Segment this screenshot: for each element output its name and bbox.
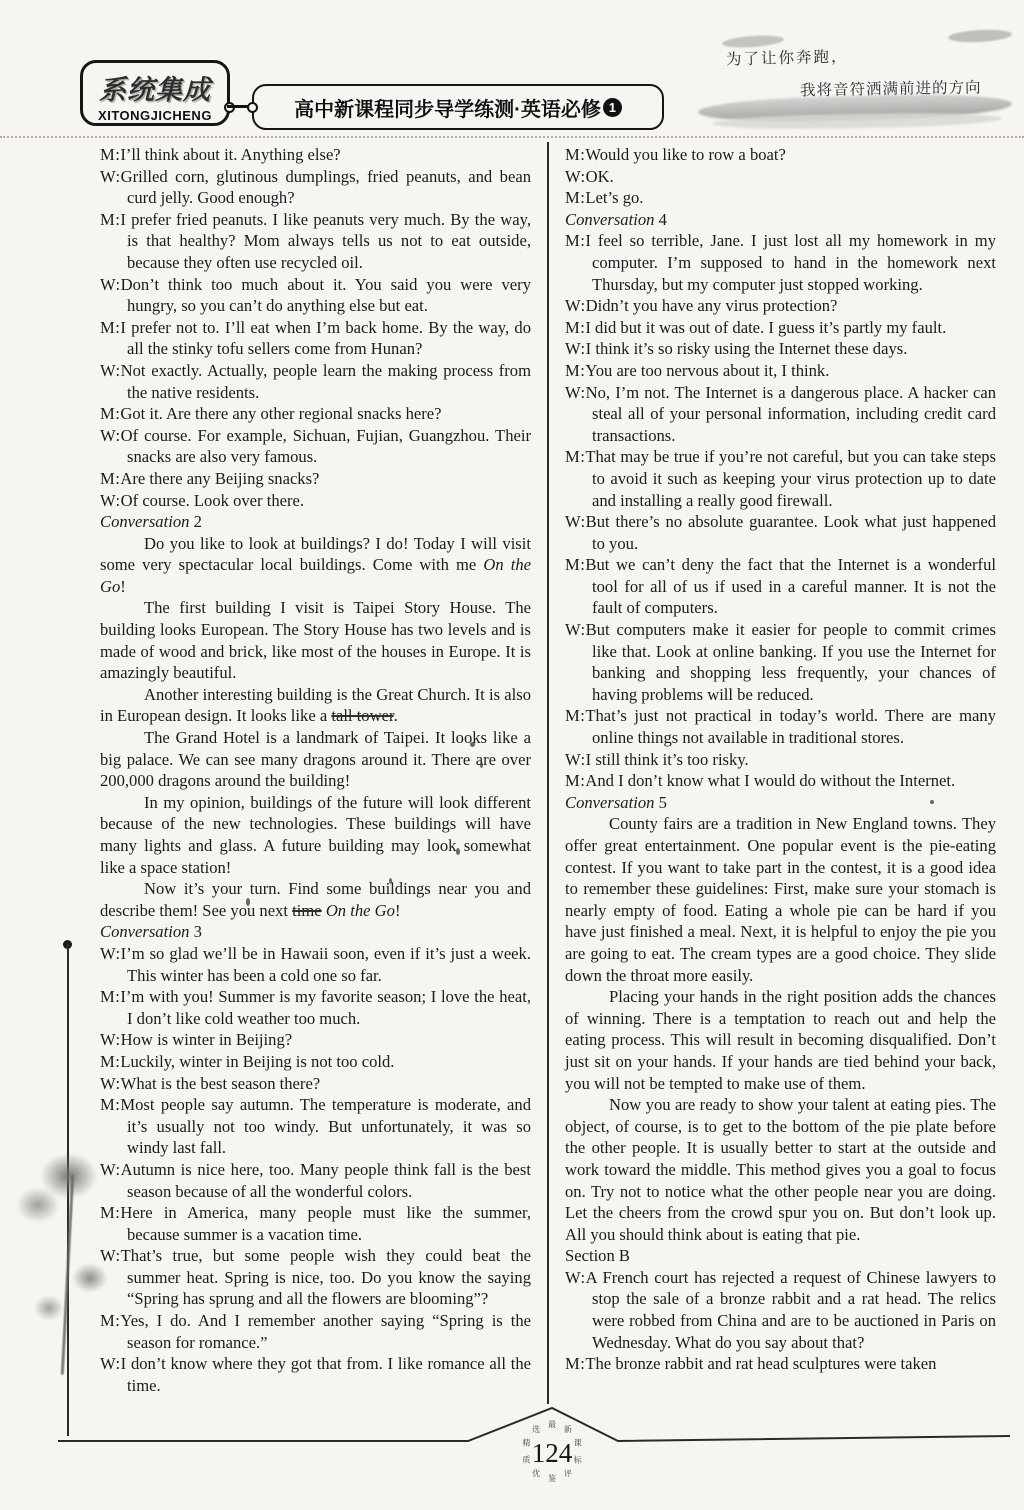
speaker-label: W: [565, 750, 586, 769]
dialogue-text: But we can’t deny the fact that the Inte… [585, 555, 996, 617]
dialogue-text: Got it. Are there any other regional sna… [120, 404, 441, 423]
dialogue-text: Of course. For example, Sichuan, Fujian,… [121, 426, 531, 467]
conversation-heading: Conversation 4 [565, 209, 996, 231]
conversation-number: 3 [189, 922, 201, 941]
speaker-label: M: [100, 210, 120, 229]
dialogue-line: W:Autumn is nice here, too. Many people … [100, 1159, 531, 1202]
dialogue-text: Don’t think too much about it. You said … [121, 275, 531, 316]
dialogue-line: M:I’ll think about it. Anything else? [100, 144, 531, 166]
text-part: Another interesting building is the Grea… [100, 685, 531, 726]
dialogue-line: M:That’s just not practical in today’s w… [565, 705, 996, 748]
dialogue-line: W:No, I’m not. The Internet is a dangero… [565, 382, 996, 447]
dialogue-line: M:I prefer fried peanuts. I like peanuts… [100, 209, 531, 274]
paragraph: Placing your hands in the right position… [565, 986, 996, 1094]
dialogue-text: I still think it’s too risky. [586, 750, 749, 769]
paragraph: County fairs are a tradition in New Engl… [565, 813, 996, 986]
dialogue-text: That’s just not practical in today’s wor… [585, 706, 996, 747]
dialogue-text: I think it’s so risky using the Internet… [586, 339, 908, 358]
stamp-ring-character: 精 [522, 1440, 530, 1448]
footer-rule [0, 1395, 1024, 1485]
speaker-label: M: [565, 706, 585, 725]
dialogue-text: Most people say autumn. The temperature … [120, 1095, 531, 1157]
transcript-left: M:I’ll think about it. Anything else?W:G… [100, 144, 531, 1396]
conversation-number: 4 [654, 210, 666, 229]
link-connector-icon [224, 102, 258, 111]
dialogue-text: I’m so glad we’ll be in Hawaii soon, eve… [121, 944, 531, 985]
dialogue-text: Grilled corn, glutinous dumplings, fried… [121, 167, 531, 208]
dialogue-line: M:Would you like to row a boat? [565, 144, 996, 166]
speaker-label: M: [100, 145, 120, 164]
dialogue-line: M:I prefer not to. I’ll eat when I’m bac… [100, 317, 531, 360]
dialogue-text: But computers make it easier for people … [586, 620, 996, 704]
paragraph: Another interesting building is the Grea… [100, 684, 531, 727]
dialogue-line: W:A French court has rejected a request … [565, 1267, 996, 1353]
speaker-label: M: [565, 145, 585, 164]
dialogue-line: M:Luckily, winter in Beijing is not too … [100, 1051, 531, 1073]
scanned-book-page: 系统集成 XITONGJICHENG 高中新课程同步导学练测·英语必修 1 为了… [0, 0, 1024, 1510]
speaker-label: W: [100, 491, 121, 510]
dialogue-text: I did but it was out of date. I guess it… [585, 318, 946, 337]
text-part: ! [395, 901, 401, 920]
speaker-label: M: [100, 404, 120, 423]
speaker-label: W: [100, 167, 121, 186]
dialogue-line: W:I don’t know where they got that from.… [100, 1353, 531, 1396]
dialogue-line: W:What is the best season there? [100, 1073, 531, 1095]
stamp-ring-character: 选 [532, 1426, 540, 1434]
text-part: . [394, 706, 398, 725]
dialogue-line: M:I feel so terrible, Jane. I just lost … [565, 230, 996, 295]
dialogue-line: M:Here in America, many people must like… [100, 1202, 531, 1245]
speaker-label: W: [100, 944, 121, 963]
dialogue-text: What is the best season there? [121, 1074, 321, 1093]
conversation-word: Conversation [100, 922, 189, 941]
plant-sprig-icon [34, 1295, 64, 1321]
dialogue-line: W:OK. [565, 166, 996, 188]
speaker-label: M: [565, 555, 585, 574]
paragraph: Do you like to look at buildings? I do! … [100, 533, 531, 598]
dialogue-text: The bronze rabbit and rat head sculpture… [585, 1354, 936, 1373]
dialogue-text: But there’s no absolute guarantee. Look … [586, 512, 996, 553]
dialogue-text: You are too nervous about it, I think. [585, 361, 829, 380]
speaker-label: W: [565, 1268, 586, 1287]
dialogue-line: M:I’m with you! Summer is my favorite se… [100, 986, 531, 1029]
speaker-label: W: [100, 1030, 121, 1049]
dialogue-text: I’ll think about it. Anything else? [120, 145, 340, 164]
dialogue-line: W:Of course. For example, Sichuan, Fujia… [100, 425, 531, 468]
text-part: ! [120, 577, 126, 596]
conversation-heading: Conversation 3 [100, 921, 531, 943]
volume-badge: 1 [603, 98, 622, 117]
stamp-ring-character: 质 [522, 1456, 530, 1464]
dialogue-text: Let’s go. [585, 188, 643, 207]
dialogue-text: I feel so terrible, Jane. I just lost al… [585, 231, 996, 293]
dialogue-line: W:Grilled corn, glutinous dumplings, fri… [100, 166, 531, 209]
connector-dot-icon [247, 102, 258, 113]
speaker-label: W: [100, 1074, 121, 1093]
speaker-label: M: [565, 1354, 585, 1373]
text-part: The first building I visit is Taipei Sto… [100, 598, 531, 682]
dialogue-text: Here in America, many people must like t… [120, 1203, 531, 1244]
speaker-label: M: [565, 188, 585, 207]
speaker-label: M: [565, 318, 585, 337]
text-strike: tall tower [331, 706, 393, 725]
page-number-stamp: 124 最新课标评鉴优质精选 [516, 1416, 588, 1488]
text-strike: time [292, 901, 322, 920]
speaker-label: W: [565, 339, 586, 358]
speaker-label: M: [100, 1095, 120, 1114]
stamp-ring-character: 评 [564, 1470, 572, 1478]
text-part: Now you are ready to show your talent at… [565, 1095, 996, 1244]
dialogue-line: M:But we can’t deny the fact that the In… [565, 554, 996, 619]
dialogue-text: Luckily, winter in Beijing is not too co… [120, 1052, 394, 1071]
dialogue-text: Yes, I do. And I remember another saying… [120, 1311, 531, 1352]
speaker-label: W: [565, 167, 586, 186]
text-part: The Grand Hotel is a landmark of Taipei.… [100, 728, 531, 790]
speaker-label: W: [565, 383, 586, 402]
dialogue-text: I don’t know where they got that from. I… [121, 1354, 531, 1395]
conversation-word: Conversation [100, 512, 189, 531]
section-heading: Section B [565, 1245, 996, 1267]
text-part: Do you like to look at buildings? I do! … [100, 534, 531, 575]
stamp-ring-character: 新 [564, 1426, 572, 1434]
dialogue-line: M:Yes, I do. And I remember another sayi… [100, 1310, 531, 1353]
conversation-number: 5 [654, 793, 666, 812]
dialogue-line: M:Are there any Beijing snacks? [100, 468, 531, 490]
dialogue-text: That’s true, but some people wish they c… [121, 1246, 531, 1308]
dialogue-text: Are there any Beijing snacks? [120, 469, 319, 488]
text-part: In my opinion, buildings of the future w… [100, 793, 531, 877]
speaker-label: M: [100, 469, 120, 488]
dialogue-text: Not exactly. Actually, people learn the … [121, 361, 531, 402]
paragraph: In my opinion, buildings of the future w… [100, 792, 531, 878]
dialogue-line: M:I did but it was out of date. I guess … [565, 317, 996, 339]
ink-speck [470, 742, 475, 747]
stamp-ring-character: 标 [574, 1456, 582, 1464]
dialogue-line: M:You are too nervous about it, I think. [565, 360, 996, 382]
slogan-line-1: 为了让你奔跑， [726, 44, 849, 69]
dialogue-line: W:How is winter in Beijing? [100, 1029, 531, 1051]
text-part: Placing your hands in the right position… [565, 987, 996, 1092]
dialogue-text: Would you like to row a boat? [585, 145, 786, 164]
plant-bloom-icon [16, 1187, 60, 1223]
dialogue-text: I’m with you! Summer is my favorite seas… [120, 987, 531, 1028]
stamp-ring-character: 课 [574, 1440, 582, 1448]
speaker-label: M: [565, 361, 585, 380]
text-part: County fairs are a tradition in New Engl… [565, 814, 996, 984]
series-title: 高中新课程同步导学练测·英语必修 [294, 93, 601, 122]
speaker-label: W: [100, 426, 121, 445]
series-title-banner: 高中新课程同步导学练测·英语必修 1 [252, 84, 664, 130]
paragraph: Now you are ready to show your talent at… [565, 1094, 996, 1245]
ink-speck [930, 800, 934, 804]
transcript-right: M:Would you like to row a boat?W:OK.M:Le… [565, 144, 996, 1375]
logo-subtitle: XITONGJICHENG [83, 108, 227, 123]
ink-speck [480, 762, 483, 768]
dialogue-text: That may be true if you’re not careful, … [585, 447, 996, 509]
ink-speck [456, 848, 460, 855]
dialogue-line: W:I’m so glad we’ll be in Hawaii soon, e… [100, 943, 531, 986]
dialogue-line: W:Of course. Look over there. [100, 490, 531, 512]
dialogue-text: How is winter in Beijing? [121, 1030, 292, 1049]
dialogue-line: W:I still think it’s too risky. [565, 749, 996, 771]
dialogue-line: W:Didn’t you have any virus protection? [565, 295, 996, 317]
dialogue-line: W:But computers make it easier for peopl… [565, 619, 996, 705]
dialogue-line: M:Most people say autumn. The temperatur… [100, 1094, 531, 1159]
dialogue-line: W:Don’t think too much about it. You sai… [100, 274, 531, 317]
dialogue-text: I prefer not to. I’ll eat when I’m back … [120, 318, 531, 359]
dialogue-line: M:That may be true if you’re not careful… [565, 446, 996, 511]
dialogue-text: A French court has rejected a request of… [586, 1268, 996, 1352]
dialogue-line: M:Let’s go. [565, 187, 996, 209]
dialogue-text: Autumn is nice here, too. Many people th… [121, 1160, 531, 1201]
speaker-label: W: [100, 275, 121, 294]
speaker-label: M: [100, 318, 120, 337]
speaker-label: M: [565, 447, 585, 466]
plant-decoration [14, 1145, 134, 1390]
dialogue-line: M:Got it. Are there any other regional s… [100, 403, 531, 425]
dialogue-text: I prefer fried peanuts. I like peanuts v… [120, 210, 531, 272]
speaker-label: M: [100, 1052, 120, 1071]
conversation-number: 2 [189, 512, 201, 531]
conversation-word: Conversation [565, 210, 654, 229]
dialogue-line: W:Not exactly. Actually, people learn th… [100, 360, 531, 403]
paragraph: The Grand Hotel is a landmark of Taipei.… [100, 727, 531, 792]
dialogue-line: W:But there’s no absolute guarantee. Loo… [565, 511, 996, 554]
conversation-heading: Conversation 2 [100, 511, 531, 533]
dialogue-line: W:I think it’s so risky using the Intern… [565, 338, 996, 360]
text-italic: On the Go [326, 901, 395, 920]
speaker-label: W: [565, 512, 586, 531]
speaker-label: M: [565, 231, 585, 250]
conversation-word: Conversation [565, 793, 654, 812]
speaker-label: W: [565, 620, 586, 639]
dialogue-text: No, I’m not. The Internet is a dangerous… [586, 383, 996, 445]
stamp-ring-character: 鉴 [548, 1475, 556, 1483]
ink-speck [389, 878, 392, 884]
stamp-ring-character: 优 [532, 1470, 540, 1478]
sketch-hill-icon [948, 28, 1013, 43]
paragraph: The first building I visit is Taipei Sto… [100, 597, 531, 683]
logo-title: 系统集成 [83, 68, 227, 107]
publisher-logo: 系统集成 XITONGJICHENG [80, 60, 230, 126]
header-divider [0, 136, 1024, 138]
column-divider [547, 142, 549, 1404]
dialogue-line: M:The bronze rabbit and rat head sculptu… [565, 1353, 996, 1375]
paragraph: Now it’s your turn. Find some buildings … [100, 878, 531, 921]
dialogue-text: And I don’t know what I would do without… [585, 771, 955, 790]
speaker-label: M: [565, 771, 585, 790]
stamp-ring-character: 最 [548, 1421, 556, 1429]
dialogue-text: Didn’t you have any virus protection? [586, 296, 838, 315]
ink-speck [246, 898, 250, 906]
speaker-label: W: [100, 361, 121, 380]
speaker-label: M: [100, 987, 120, 1006]
dialogue-text: Of course. Look over there. [121, 491, 304, 510]
dialogue-line: M:And I don’t know what I would do witho… [565, 770, 996, 792]
dialogue-text: OK. [586, 167, 614, 186]
dialogue-line: W:That’s true, but some people wish they… [100, 1245, 531, 1310]
plant-sprig-icon [72, 1263, 108, 1293]
speaker-label: W: [565, 296, 586, 315]
